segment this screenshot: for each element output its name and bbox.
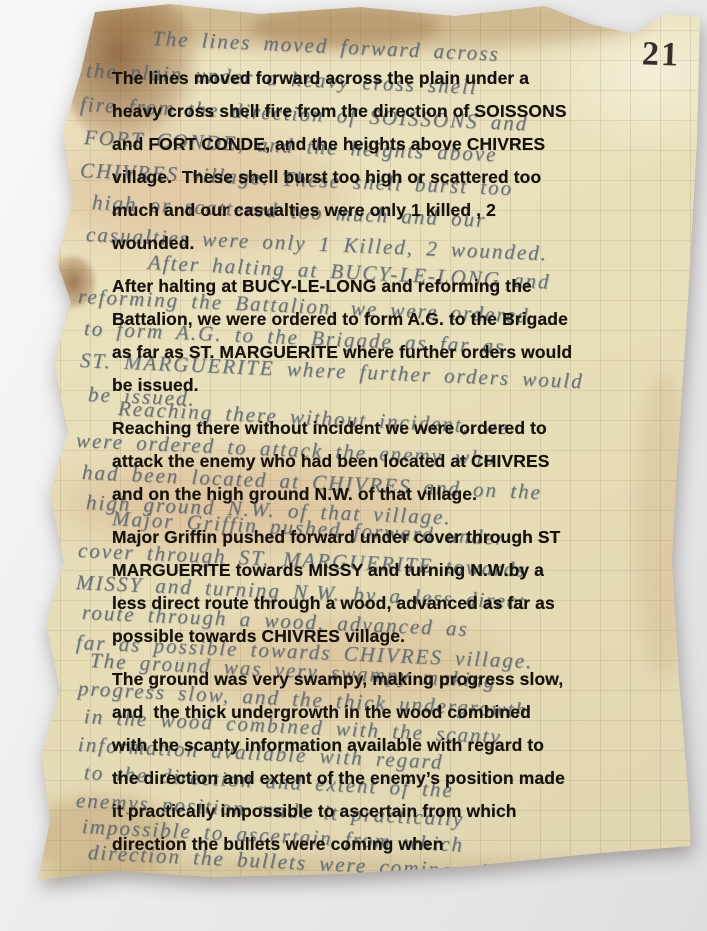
paper-shadow: The lines moved forward acrossthe plain … xyxy=(0,0,707,931)
typed-paragraph: Major Griffin pushed forward under cover… xyxy=(112,521,627,653)
typed-paragraph: The ground was very swampy, making progr… xyxy=(112,663,627,861)
typed-line: attack the enemy who had been located at… xyxy=(112,445,627,478)
typed-line: After halting at BUCY-LE-LONG and reform… xyxy=(112,270,627,303)
typed-line: The lines moved forward across the plain… xyxy=(112,62,627,95)
typed-line: direction the bullets were coming when xyxy=(112,828,627,861)
typed-paragraph: After halting at BUCY-LE-LONG and reform… xyxy=(112,270,627,402)
typed-line: be issued. xyxy=(112,369,627,402)
typed-line: Battalion, we were ordered to form A.G. … xyxy=(112,303,627,336)
typed-paragraph: Reaching there without incident we were … xyxy=(112,412,627,511)
paper-sheet: The lines moved forward acrossthe plain … xyxy=(0,0,707,931)
typed-line: much and our casualties were only 1 kill… xyxy=(112,194,627,227)
typed-line: MARGUERITE towards MISSY and turning N.W… xyxy=(112,554,627,587)
typed-line: The ground was very swampy, making progr… xyxy=(112,663,627,696)
page-number-stamp: 21 xyxy=(641,35,680,74)
typed-line: possible towards CHIVRES village. xyxy=(112,620,627,653)
typed-line: the direction and extent of the enemy’s … xyxy=(112,762,627,795)
typed-line: and on the high ground N.W. of that vill… xyxy=(112,478,627,511)
typed-line: as far as ST. MARGUERITE where further o… xyxy=(112,336,627,369)
handwriting-line: The lines moved forward across xyxy=(151,26,500,67)
typed-transcription-layer: The lines moved forward across the plain… xyxy=(112,62,627,871)
typed-line: Major Griffin pushed forward under cover… xyxy=(112,521,627,554)
typed-paragraph: The lines moved forward across the plain… xyxy=(112,62,627,260)
typed-line: wounded. xyxy=(112,227,627,260)
typed-line: it practically impossible to ascertain f… xyxy=(112,795,627,828)
typed-line: and FORT CONDE, and the heights above CH… xyxy=(112,128,627,161)
typed-line: with the scanty information available wi… xyxy=(112,729,627,762)
typed-line: less direct route through a wood, advanc… xyxy=(112,587,627,620)
typed-line: village. These shell burst too high or s… xyxy=(112,161,627,194)
typed-line: and the thick undergrowth in the wood co… xyxy=(112,696,627,729)
typed-line: heavy cross shell fire from the directio… xyxy=(112,95,627,128)
typed-line: Reaching there without incident we were … xyxy=(112,412,627,445)
